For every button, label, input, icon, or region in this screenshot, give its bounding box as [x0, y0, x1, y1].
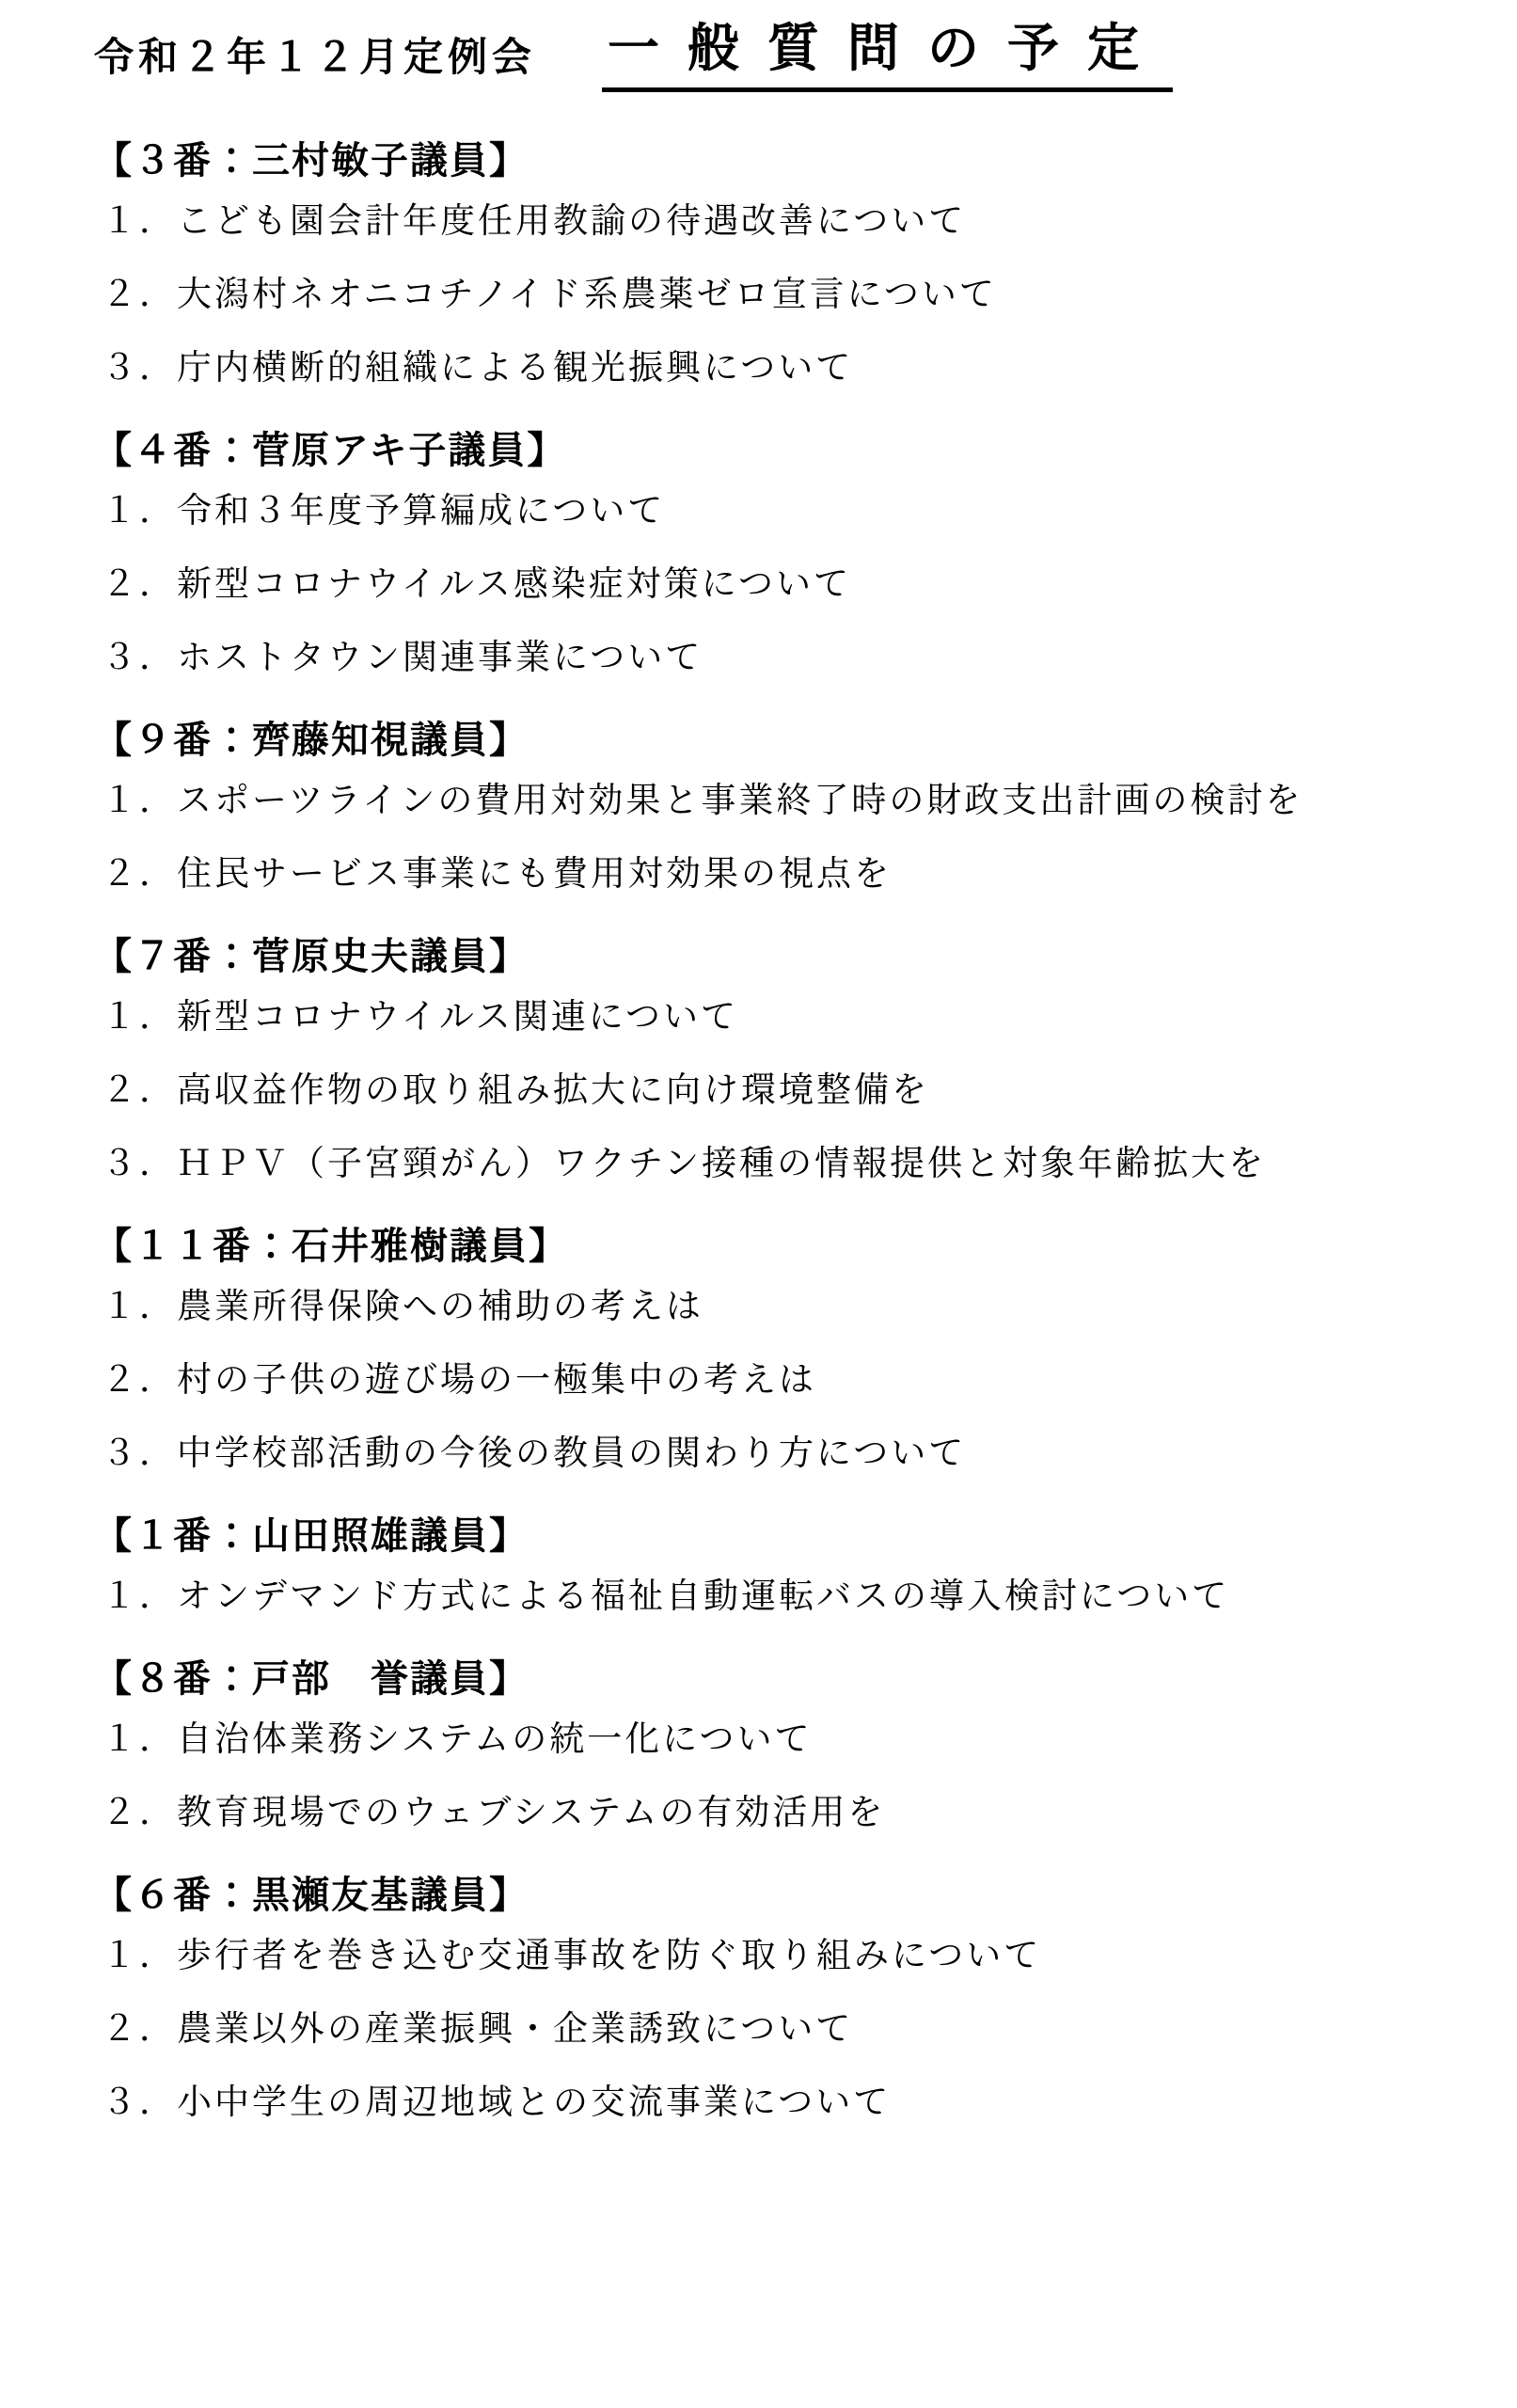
question-section: 【８番：戸部 誉議員】 １．自治体業務システムの統一化について ２．教育現場での…: [94, 1657, 1470, 1834]
member-section-header: 【９番：齊藤知視議員】: [94, 719, 1470, 762]
question-item: ２．農業以外の産業振興・企業誘致について: [102, 2009, 1470, 2051]
question-item: ２．高収益作物の取り組み拡大に向け環境整備を: [102, 1070, 1470, 1112]
question-section: 【９番：齊藤知視議員】 １．スポーツラインの費用対効果と事業終了時の財政支出計画…: [94, 719, 1470, 895]
question-item: １．こども園会計年度任用教諭の待遇改善について: [102, 201, 1470, 243]
question-section: 【４番：菅原アキ子議員】 １．令和３年度予算編成について ２．新型コロナウイルス…: [94, 429, 1470, 679]
question-item: １．歩行者を巻き込む交通事故を防ぐ取り組みについて: [102, 1936, 1470, 1977]
question-item: １．オンデマンド方式による福祉自動運転バスの導入検討について: [102, 1576, 1470, 1618]
member-section-header: 【８番：戸部 誉議員】: [94, 1657, 1470, 1701]
question-section: 【１番：山田照雄議員】 １．オンデマンド方式による福祉自動運転バスの導入検討につ…: [94, 1514, 1470, 1618]
question-item: ２．大潟村ネオニコチノイド系農薬ゼロ宣言について: [102, 275, 1470, 316]
question-item: ３．ＨＰＶ（子宮頸がん）ワクチン接種の情報提供と対象年齢拡大を: [102, 1144, 1470, 1185]
question-item: ３．中学校部活動の今後の教員の関わり方について: [102, 1434, 1470, 1475]
question-section: 【７番：菅原史夫議員】 １．新型コロナウイルス関連について ２．高収益作物の取り…: [94, 935, 1470, 1185]
question-section: 【６番：黒瀬友基議員】 １．歩行者を巻き込む交通事故を防ぐ取り組みについて ２．…: [94, 1874, 1470, 2124]
meeting-label: 令和２年１２月定例会: [94, 36, 536, 92]
question-item: ３．小中学生の周辺地域との交流事業について: [102, 2083, 1470, 2124]
member-section-header: 【３番：三村敏子議員】: [94, 139, 1470, 182]
member-section-header: 【１１番：石井雅樹議員】: [94, 1225, 1470, 1268]
question-item: ３．庁内横断的組織による観光振興について: [102, 348, 1470, 389]
question-item: １．自治体業務システムの統一化について: [102, 1719, 1470, 1761]
question-item: ３．ホストタウン関連事業について: [102, 638, 1470, 679]
question-item: ２．新型コロナウイルス感染症対策について: [102, 564, 1470, 606]
question-item: １．スポーツラインの費用対効果と事業終了時の財政支出計画の検討を: [102, 781, 1470, 822]
question-item: １．令和３年度予算編成について: [102, 491, 1470, 532]
question-item: １．農業所得保険への補助の考えは: [102, 1287, 1470, 1328]
member-section-header: 【７番：菅原史夫議員】: [94, 935, 1470, 978]
member-section-header: 【１番：山田照雄議員】: [94, 1514, 1470, 1558]
member-section-header: 【４番：菅原アキ子議員】: [94, 429, 1470, 472]
question-section: 【１１番：石井雅樹議員】 １．農業所得保険への補助の考えは ２．村の子供の遊び場…: [94, 1225, 1470, 1475]
question-item: ２．教育現場でのウェブシステムの有効活用を: [102, 1793, 1470, 1834]
question-item: １．新型コロナウイルス関連について: [102, 997, 1470, 1038]
question-item: ２．住民サービス事業にも費用対効果の視点を: [102, 854, 1470, 895]
document-page: 令和２年１２月定例会 一般質問の予定 【３番：三村敏子議員】 １．こども園会計年…: [0, 0, 1517, 2408]
question-section: 【３番：三村敏子議員】 １．こども園会計年度任用教諭の待遇改善について ２．大潟…: [94, 139, 1470, 389]
question-item: ２．村の子供の遊び場の一極集中の考えは: [102, 1360, 1470, 1402]
page-title: 一般質問の予定: [602, 19, 1173, 92]
member-section-header: 【６番：黒瀬友基議員】: [94, 1874, 1470, 1917]
document-title-row: 令和２年１２月定例会 一般質問の予定: [94, 19, 1470, 92]
